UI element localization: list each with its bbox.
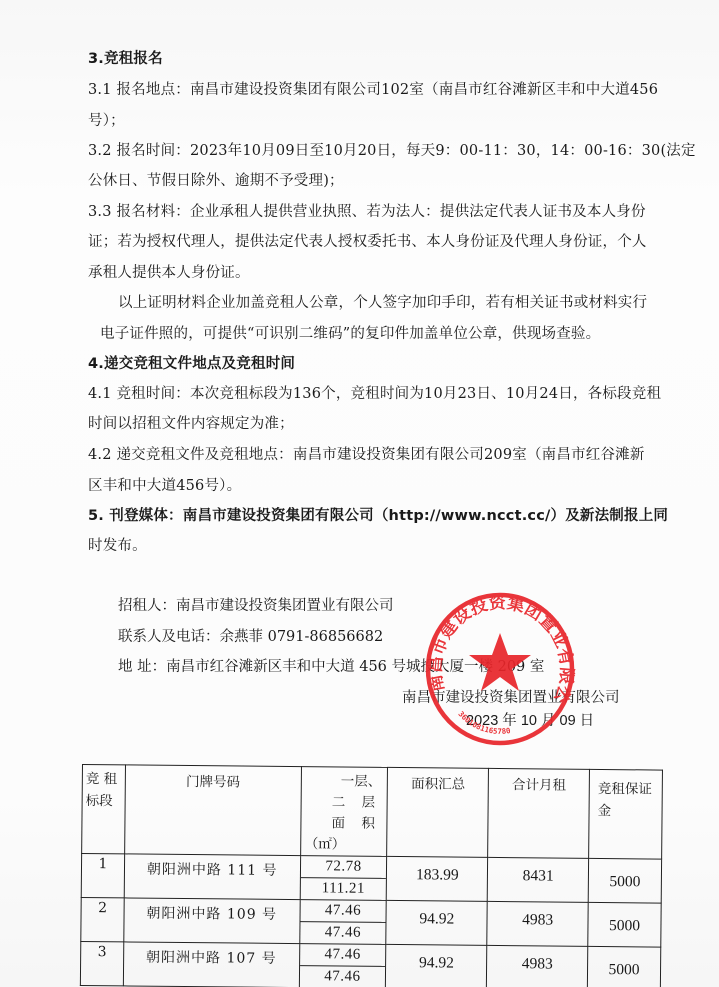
cell-deposit: 5000 <box>588 902 661 947</box>
cell-area-floor1: 47.46 <box>300 900 386 923</box>
header-segment-line1: 竞 租 <box>86 771 117 787</box>
cell-deposit: 5000 <box>587 946 660 987</box>
table-row: 3 朝阳洲中路 107 号 47.46 47.46 94.92 4983 500… <box>80 941 660 987</box>
header-deposit: 竞租保证 金 <box>589 769 663 859</box>
contact-info: 联系人及电话：余燕菲 0791-86856682 <box>118 628 383 646</box>
section5-text: 5. 刊登媒体：南昌市建设投资集团有限公司（http://www.ncct.cc… <box>88 508 668 524</box>
document-page: 3.竞租报名 3.1 报名地点：南昌市建设投资集团有限公司102室（南昌市红谷滩… <box>0 0 719 987</box>
table-row: 1 朝阳洲中路 111 号 72.78 111.21 183.99 8431 5… <box>81 854 661 904</box>
signing-company: 南昌市建设投资集团置业有限公司 <box>402 689 620 707</box>
cell-area-floor1: 72.78 <box>300 856 386 879</box>
materials-note-line1: 以上证明材料企业加盖竞租人公章，个人签字加印手印，若有相关证书或材料实行 <box>118 294 647 312</box>
header-monthly-rent: 合计月租 <box>488 768 590 858</box>
cell-address: 朝阳洲中路 109 号 <box>124 898 300 944</box>
cell-monthly-rent: 4983 <box>487 901 588 946</box>
item-3-2-line2: 公休日、节假日除外、逾期不予受理)； <box>88 172 344 190</box>
header-deposit-line1: 竞租保证 <box>598 781 652 798</box>
section5-line1: 5. 刊登媒体：南昌市建设投资集团有限公司（http://www.ncct.cc… <box>88 507 668 525</box>
table-row: 2 朝阳洲中路 109 号 47.46 47.46 94.92 4983 500… <box>81 897 661 947</box>
materials-note-line2: 电子证件照的，可提供“可识别二维码”的复印件加盖单位公章，供现场查验。 <box>100 325 600 343</box>
lessor-address: 地 址：南昌市红谷滩新区丰和中大道 456 号城投大厦一楼 209 室 <box>118 658 544 676</box>
cell-total-area: 94.92 <box>386 900 487 945</box>
cell-address: 朝阳洲中路 111 号 <box>124 854 300 900</box>
cell-deposit: 5000 <box>588 858 661 903</box>
item-4-2-line2: 区丰和中大道456号）。 <box>88 477 241 495</box>
cell-segment: 3 <box>80 941 123 985</box>
signing-date: 2023 年 10 月 09 日 <box>466 712 594 730</box>
table-header-row: 竞 租 标段 门牌号码 一层、 二 层 面 积 （㎡） 面积汇总 合计月租 竞租… <box>82 765 663 860</box>
item-3-1-line1: 3.1 报名地点：南昌市建设投资集团有限公司102室（南昌市红谷滩新区丰和中大道… <box>88 81 658 99</box>
header-total-area: 面积汇总 <box>387 767 489 857</box>
item-3-2-line1: 3.2 报名时间：2023年10月09日至10月20日，每天9：00-11：30… <box>88 142 696 160</box>
header-floor-area-line2: 二 层 面 积 <box>305 792 381 835</box>
section4-heading: 4.递交竞租文件地点及竞租时间 <box>88 355 295 373</box>
cell-area-floor2: 111.21 <box>300 878 386 900</box>
item-3-3-line3: 承租人提供本人身份证。 <box>88 264 250 282</box>
cell-area-floor2: 47.46 <box>300 922 386 944</box>
item-3-3-line1: 3.3 报名材料：企业承租人提供营业执照、若为法人：提供法定代表人证书及本人身份 <box>88 203 646 221</box>
item-4-2-line1: 4.2 递交竞租文件及竞租地点：南昌市建设投资集团有限公司209室（南昌市红谷滩… <box>88 446 645 464</box>
section5-line2: 时发布。 <box>88 537 147 555</box>
item-3-1-line2: 号）； <box>88 112 125 130</box>
cell-segment: 2 <box>81 897 124 941</box>
header-floor-area-line1: 一层、 <box>341 773 382 789</box>
cell-area-floor2: 47.46 <box>299 966 385 987</box>
lease-segments-table: 竞 租 标段 门牌号码 一层、 二 层 面 积 （㎡） 面积汇总 合计月租 竞租… <box>80 764 663 987</box>
cell-monthly-rent: 4983 <box>487 945 588 987</box>
cell-area-floor1: 47.46 <box>300 944 386 967</box>
cell-floor-area: 72.78 111.21 <box>300 856 387 901</box>
item-3-3-line2: 证；若为授权代理人，提供法定代表人授权委托书、本人身份证及代理人身份证，个人 <box>88 233 647 251</box>
header-deposit-line2: 金 <box>598 803 612 819</box>
cell-floor-area: 47.46 47.46 <box>299 944 386 987</box>
cell-total-area: 183.99 <box>387 856 488 901</box>
cell-segment: 1 <box>81 854 124 898</box>
header-address: 门牌号码 <box>125 765 301 856</box>
cell-address: 朝阳洲中路 107 号 <box>123 942 299 987</box>
item-4-1-line1: 4.1 竞租时间：本次竞租标段为136个，竞租时间为10月23日、10月24日，… <box>88 385 661 403</box>
section3-heading: 3.竞租报名 <box>88 50 163 68</box>
header-segment-line2: 标段 <box>86 793 113 809</box>
cell-total-area: 94.92 <box>386 944 487 987</box>
header-floor-area: 一层、 二 层 面 积 （㎡） <box>300 767 388 857</box>
cell-monthly-rent: 8431 <box>487 857 588 902</box>
cell-floor-area: 47.46 47.46 <box>299 900 386 945</box>
item-4-1-line2: 时间以招租文件内容规定为准； <box>88 415 294 433</box>
header-segment: 竞 租 标段 <box>82 765 126 854</box>
lessor-name: 招租人：南昌市建设投资集团置业有限公司 <box>118 597 394 615</box>
header-floor-area-line3: （㎡） <box>305 834 381 856</box>
